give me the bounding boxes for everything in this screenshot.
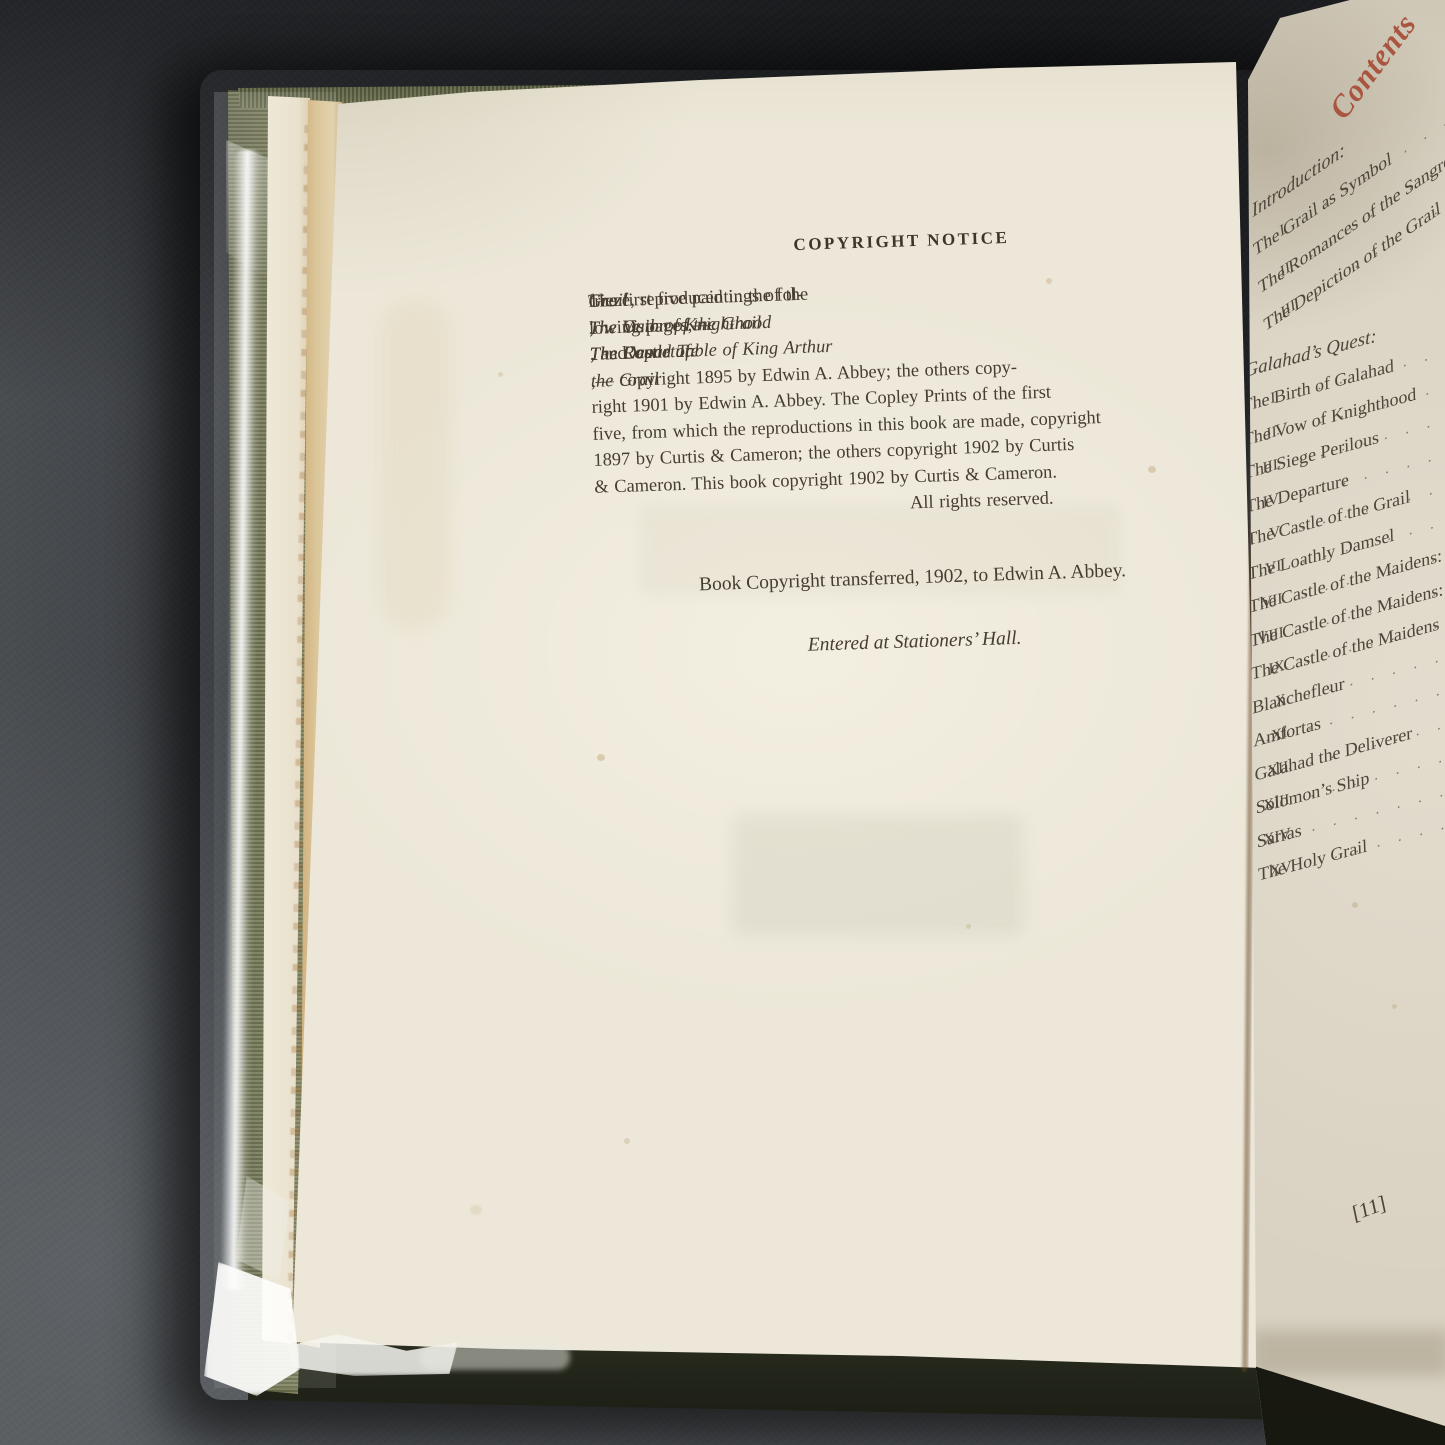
copyright-notice-heading: COPYRIGHT NOTICE — [586, 221, 1216, 262]
contents-section-introduction: Introduction:IThe Grail as Symbol. . . .… — [1246, 0, 1445, 345]
entered-line: Entered at Stationers’ Hall. — [599, 621, 1229, 664]
foxing-spot — [1392, 1004, 1397, 1009]
body-text: , — [589, 314, 594, 341]
page-number: [11] — [1350, 1190, 1388, 1226]
copyright-paragraph: The first five paintings of the Grail fr… — [588, 267, 1226, 526]
italic-title-text: The Castle of — [590, 338, 691, 368]
body-text: All rights reserved. — [910, 485, 1054, 516]
plastic-reflection — [420, 1344, 570, 1370]
foxing-spot — [1352, 902, 1358, 908]
copyright-text-block: COPYRIGHT NOTICE The first five painting… — [340, 27, 1313, 1367]
contents-page-bottom-shadow — [1250, 1330, 1445, 1376]
photo-open-book: COPYRIGHT NOTICE The first five painting… — [0, 0, 1445, 1445]
transfer-line: Book Copyright transferred, 1902, to Edw… — [597, 557, 1227, 600]
